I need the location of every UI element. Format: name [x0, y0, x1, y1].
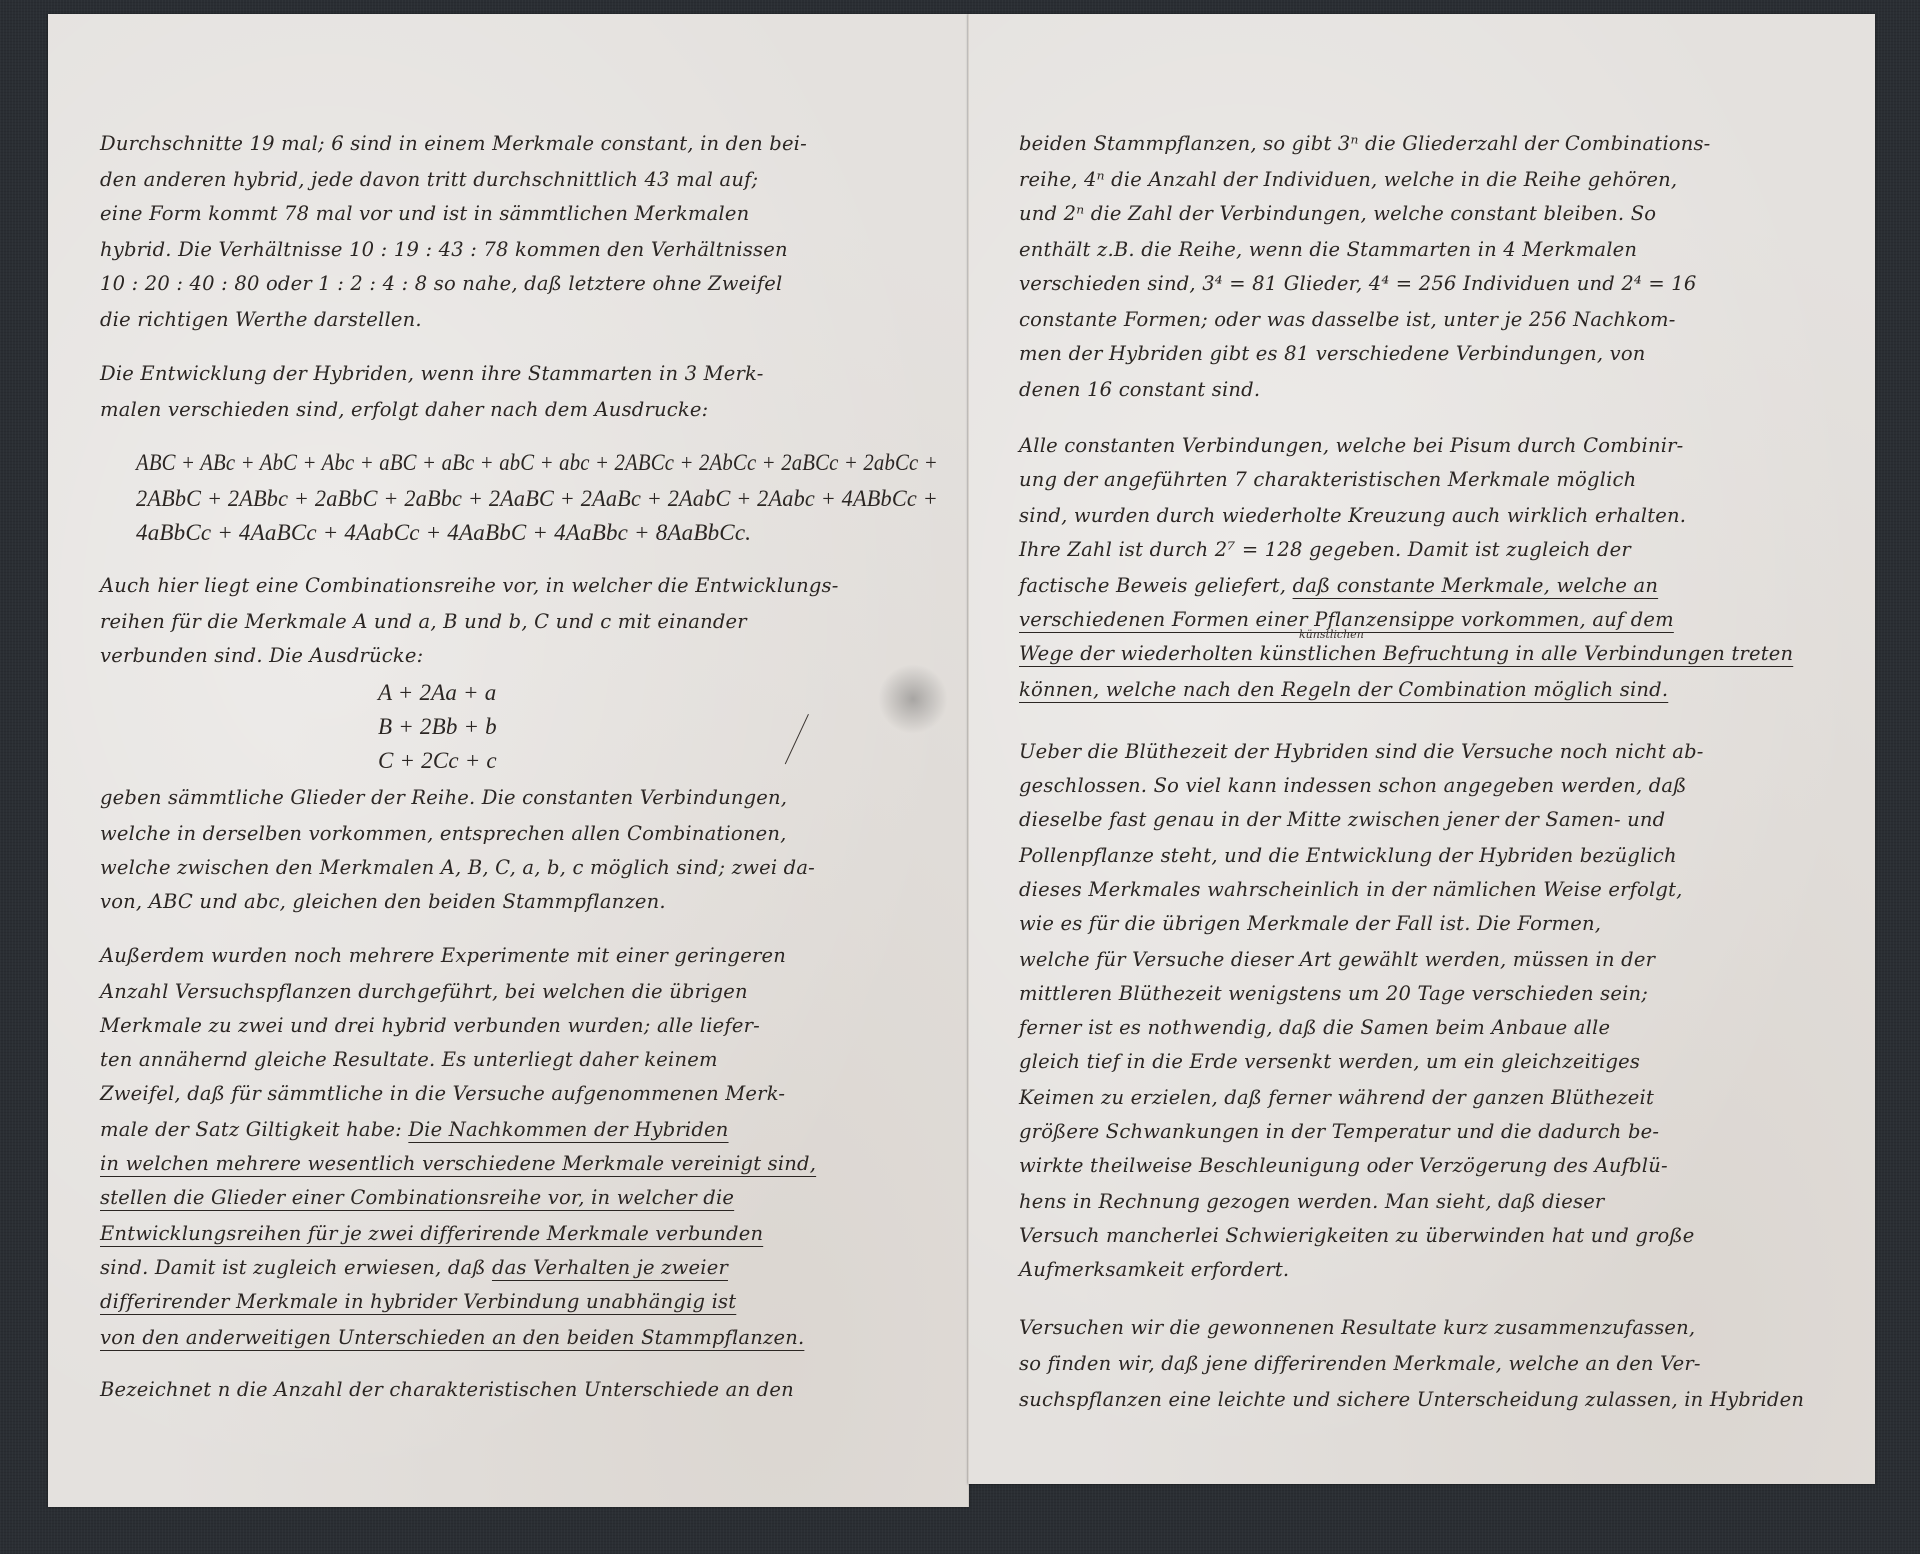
- left-manuscript-page: Durchschnitte 19 mal; 6 sind in einem Me…: [48, 14, 969, 1507]
- manuscript-line: male der Satz Giltigkeit habe: Die Nachk…: [100, 1118, 729, 1141]
- manuscript-line: 10 : 20 : 40 : 80 oder 1 : 2 : 4 : 8 so …: [100, 272, 782, 295]
- manuscript-line: beiden Stammpflanzen, so gibt 3ⁿ die Gli…: [1019, 132, 1710, 155]
- manuscript-line: Ueber die Blüthezeit der Hybriden sind d…: [1019, 740, 1704, 763]
- underlined-text: Die Nachkommen der Hybriden: [408, 1118, 728, 1141]
- text-segment: male der Satz Giltigkeit habe:: [100, 1118, 408, 1141]
- underlined-text: Wege der wiederholten künstlichen Befruc…: [1019, 642, 1793, 665]
- manuscript-line: wirkte theilweise Beschleunigung oder Ve…: [1019, 1154, 1668, 1177]
- manuscript-line: constante Formen; oder was dasselbe ist,…: [1019, 308, 1676, 331]
- ink-smudge: [878, 664, 948, 734]
- formula-line: ABC + ABc + AbC + Abc + aBC + aBc + abC …: [136, 450, 938, 476]
- manuscript-line: wie es für die übrigen Merkmale der Fall…: [1019, 912, 1601, 935]
- manuscript-line: ung der angeführten 7 charakteristischen…: [1019, 468, 1636, 491]
- manuscript-line: reihen für die Merkmale A und a, B und b…: [100, 610, 747, 633]
- manuscript-line: welche in derselben vorkommen, entsprech…: [100, 822, 786, 845]
- underlined-text: Entwicklungsreihen für je zwei differire…: [100, 1222, 763, 1245]
- manuscript-line: mittleren Blüthezeit wenigstens um 20 Ta…: [1019, 982, 1648, 1005]
- manuscript-line: hybrid. Die Verhältnisse 10 : 19 : 43 : …: [100, 238, 788, 261]
- manuscript-line: Versuch mancherlei Schwierigkeiten zu üb…: [1019, 1224, 1694, 1247]
- manuscript-line: malen verschieden sind, erfolgt daher na…: [100, 398, 708, 421]
- manuscript-line: reihe, 4ⁿ die Anzahl der Individuen, wel…: [1019, 168, 1677, 191]
- manuscript-line: den anderen hybrid, jede davon tritt dur…: [100, 168, 758, 191]
- text-segment: sind. Damit ist zugleich erwiesen, daß: [100, 1256, 492, 1279]
- manuscript-line: Ihre Zahl ist durch 2⁷ = 128 gegeben. Da…: [1019, 538, 1631, 561]
- manuscript-line: welche zwischen den Merkmalen A, B, C, a…: [100, 856, 815, 879]
- manuscript-line: geschlossen. So viel kann indessen schon…: [1019, 774, 1686, 797]
- formula-line: B + 2Bb + b: [378, 714, 497, 740]
- underlined-text: von den anderweitigen Unterschieden an d…: [100, 1326, 804, 1349]
- formula-line: A + 2Aa + a: [378, 680, 496, 706]
- underlined-text: daß constante Merkmale, welche an: [1293, 574, 1659, 597]
- manuscript-line: Aufmerksamkeit erfordert.: [1019, 1258, 1289, 1281]
- manuscript-line: Außerdem wurden noch mehrere Experimente…: [100, 944, 786, 967]
- underlined-text: in welchen mehrere wesentlich verschiede…: [100, 1152, 816, 1175]
- manuscript-line: ferner ist es nothwendig, daß die Samen …: [1019, 1016, 1610, 1039]
- formula-line: C + 2Cc + c: [378, 748, 497, 774]
- manuscript-line: so finden wir, daß jene differirenden Me…: [1019, 1352, 1701, 1375]
- manuscript-line: in welchen mehrere wesentlich verschiede…: [100, 1152, 816, 1175]
- manuscript-line: von den anderweitigen Unterschieden an d…: [100, 1326, 804, 1349]
- manuscript-line: größere Schwankungen in der Temperatur u…: [1019, 1120, 1659, 1143]
- manuscript-line: hens in Rechnung gezogen werden. Man sie…: [1019, 1190, 1604, 1213]
- right-manuscript-page: beiden Stammpflanzen, so gibt 3ⁿ die Gli…: [968, 14, 1875, 1484]
- manuscript-line: Zweifel, daß für sämmtliche in die Versu…: [100, 1082, 785, 1105]
- manuscript-line: dieselbe fast genau in der Mitte zwische…: [1019, 808, 1665, 831]
- underlined-text: das Verhalten je zweier: [492, 1256, 728, 1279]
- manuscript-line: ten annähernd gleiche Resultate. Es unte…: [100, 1048, 718, 1071]
- manuscript-line: factische Beweis geliefert, daß constant…: [1019, 574, 1658, 597]
- manuscript-line: Pollenpflanze steht, und die Entwicklung…: [1019, 844, 1677, 867]
- underlined-text: können, welche nach den Regeln der Combi…: [1019, 678, 1668, 701]
- formula-line: 4aBbCc + 4AaBCc + 4AabCc + 4AaBbC + 4AaB…: [136, 520, 751, 546]
- manuscript-line: Die Entwicklung der Hybriden, wenn ihre …: [100, 362, 764, 385]
- formula-line: 2ABbC + 2ABbc + 2aBbC + 2aBbc + 2AaBC + …: [136, 486, 938, 512]
- manuscript-line: Bezeichnet n die Anzahl der charakterist…: [100, 1378, 794, 1401]
- manuscript-line: Entwicklungsreihen für je zwei differire…: [100, 1222, 763, 1245]
- manuscript-line: enthält z.B. die Reihe, wenn die Stammar…: [1019, 238, 1637, 261]
- manuscript-line: können, welche nach den Regeln der Combi…: [1019, 678, 1668, 701]
- manuscript-line: gleich tief in die Erde versenkt werden,…: [1019, 1050, 1640, 1073]
- manuscript-line: Merkmale zu zwei und drei hybrid verbund…: [100, 1014, 760, 1037]
- manuscript-line: eine Form kommt 78 mal vor und ist in sä…: [100, 202, 749, 225]
- manuscript-line: geben sämmtliche Glieder der Reihe. Die …: [100, 786, 787, 809]
- manuscript-line: dieses Merkmales wahrscheinlich in der n…: [1019, 878, 1683, 901]
- manuscript-line: differirender Merkmale in hybrider Verbi…: [100, 1290, 736, 1313]
- manuscript-line: suchspflanzen eine leichte und sichere U…: [1019, 1388, 1804, 1411]
- manuscript-line: denen 16 constant sind.: [1019, 378, 1260, 401]
- interlinear-insertion: künstlichen: [1299, 628, 1364, 641]
- manuscript-line: sind. Damit ist zugleich erwiesen, daß d…: [100, 1256, 728, 1279]
- underlined-text: differirender Merkmale in hybrider Verbi…: [100, 1290, 736, 1313]
- manuscript-line: welche für Versuche dieser Art gewählt w…: [1019, 948, 1655, 971]
- manuscript-line: Alle constanten Verbindungen, welche bei…: [1019, 434, 1683, 457]
- manuscript-line: Versuchen wir die gewonnenen Resultate k…: [1019, 1316, 1695, 1339]
- manuscript-line: verschieden sind, 3⁴ = 81 Glieder, 4⁴ = …: [1019, 272, 1697, 295]
- manuscript-line: sind, wurden durch wiederholte Kreuzung …: [1019, 504, 1686, 527]
- underlined-text: stellen die Glieder einer Combinationsre…: [100, 1186, 734, 1209]
- manuscript-line: die richtigen Werthe darstellen.: [100, 308, 422, 331]
- manuscript-line: Keimen zu erzielen, daß ferner während d…: [1019, 1086, 1654, 1109]
- text-segment: factische Beweis geliefert,: [1019, 574, 1293, 597]
- pencil-mark: [785, 714, 809, 764]
- manuscript-line: men der Hybriden gibt es 81 verschiedene…: [1019, 342, 1646, 365]
- manuscript-line: Auch hier liegt eine Combinationsreihe v…: [100, 574, 839, 597]
- manuscript-line: Anzahl Versuchspflanzen durchgeführt, be…: [100, 980, 748, 1003]
- manuscript-line: stellen die Glieder einer Combinationsre…: [100, 1186, 734, 1209]
- manuscript-line: verbunden sind. Die Ausdrücke:: [100, 644, 423, 667]
- manuscript-line: Durchschnitte 19 mal; 6 sind in einem Me…: [100, 132, 807, 155]
- manuscript-line: von, ABC und abc, gleichen den beiden St…: [100, 890, 666, 913]
- manuscript-line: Wege der wiederholten künstlichen Befruc…: [1019, 642, 1793, 665]
- manuscript-line: und 2ⁿ die Zahl der Verbindungen, welche…: [1019, 202, 1656, 225]
